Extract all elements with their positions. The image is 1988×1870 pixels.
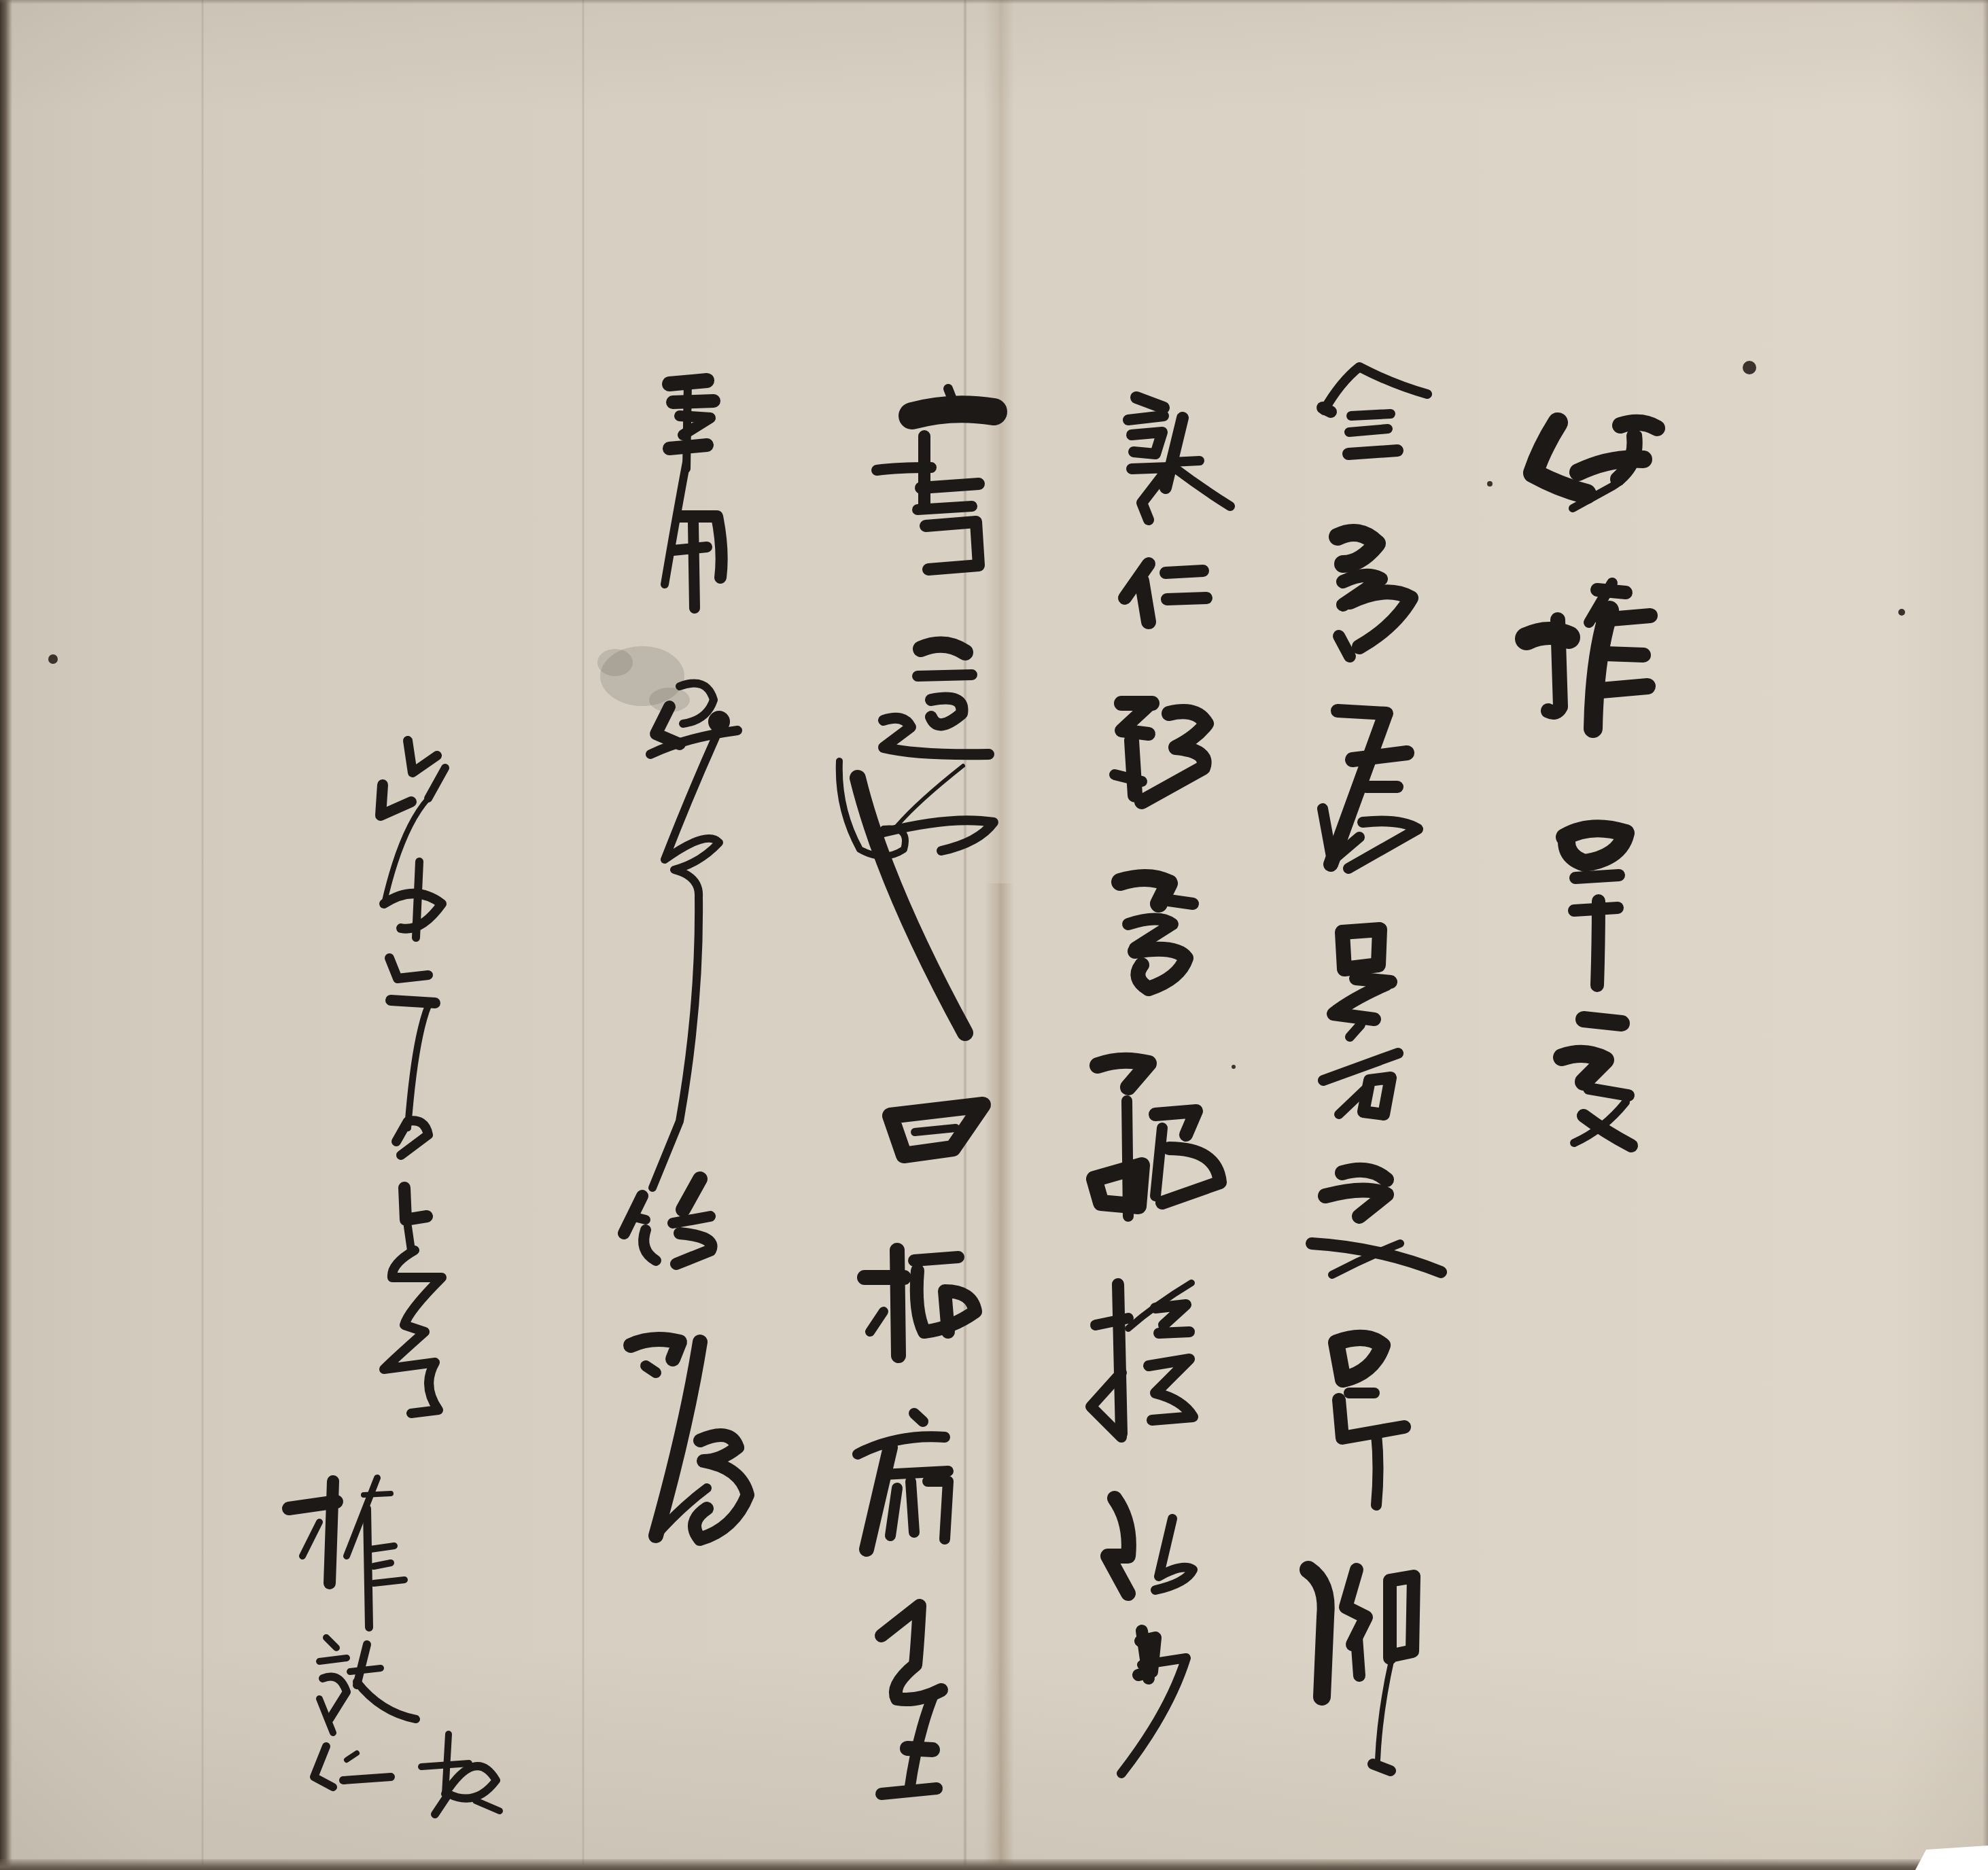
character: 可 — [1113, 1629, 1187, 1774]
character: 仰 — [1305, 1565, 1415, 1776]
character: 也 — [833, 754, 994, 1034]
character: 暑 — [1117, 879, 1196, 992]
character: 戊 — [376, 739, 449, 822]
character: 道 — [879, 644, 990, 766]
character: 以 — [650, 680, 739, 756]
character: 是 — [1334, 1337, 1405, 1506]
character: 敦 — [313, 1636, 417, 1733]
character: 旱 — [1561, 815, 1629, 987]
fold-line — [201, 0, 204, 1870]
character: 餘 — [623, 1175, 714, 1262]
character: 令 — [1323, 362, 1427, 462]
character: 居 — [1327, 927, 1393, 1038]
character: 拜 — [419, 1733, 503, 1816]
character: 柄 — [863, 1249, 977, 1358]
character: 申 — [376, 858, 449, 940]
character: 幸 — [665, 379, 718, 465]
character: 四 — [886, 1099, 986, 1170]
character: 起 — [1319, 700, 1416, 869]
character: 月 — [394, 1059, 430, 1155]
character: 浣 — [383, 1252, 442, 1415]
character: 午 — [385, 955, 437, 1059]
character: 何 — [1103, 1497, 1194, 1592]
character: 支 — [1310, 1168, 1441, 1285]
paper-edge-right — [1983, 0, 1988, 1870]
character: 經 — [1115, 699, 1212, 813]
character: 盡 — [875, 387, 997, 571]
character: 呈 — [879, 1602, 946, 1801]
character: 敦 — [1126, 395, 1232, 520]
paper-edge-top — [0, 0, 1988, 4]
paper-edge-bottom — [0, 1859, 1988, 1870]
character: 上 — [383, 1184, 442, 1252]
letter-sheet: 伏 惟 旱 炎 令 監 起 居 萬 支 是 仰 敦 仁 經 暑 頗 擾 何 可 … — [0, 0, 1988, 1870]
character: 擾 — [1087, 1282, 1194, 1442]
character: 備 — [630, 1437, 748, 1544]
character: 頗 — [1091, 1057, 1219, 1219]
paper-edge-left — [0, 0, 12, 1870]
fold-line — [582, 0, 585, 1870]
character: 萬 — [1321, 1046, 1398, 1116]
character: 仁 — [1123, 559, 1210, 625]
character: 炎 — [1558, 1013, 1631, 1148]
character: 監 — [1332, 527, 1412, 656]
character: 仁 — [313, 1746, 392, 1789]
character: 惟 — [1524, 571, 1654, 738]
character: 扇 — [856, 1411, 952, 1559]
character: 權 — [285, 1479, 406, 1626]
character: 用 — [661, 465, 722, 608]
character: 伏 — [1529, 415, 1658, 509]
calligraphy-column-4 — [839, 389, 994, 1794]
character: 了 — [651, 761, 719, 1188]
character: 不 — [630, 1335, 748, 1437]
